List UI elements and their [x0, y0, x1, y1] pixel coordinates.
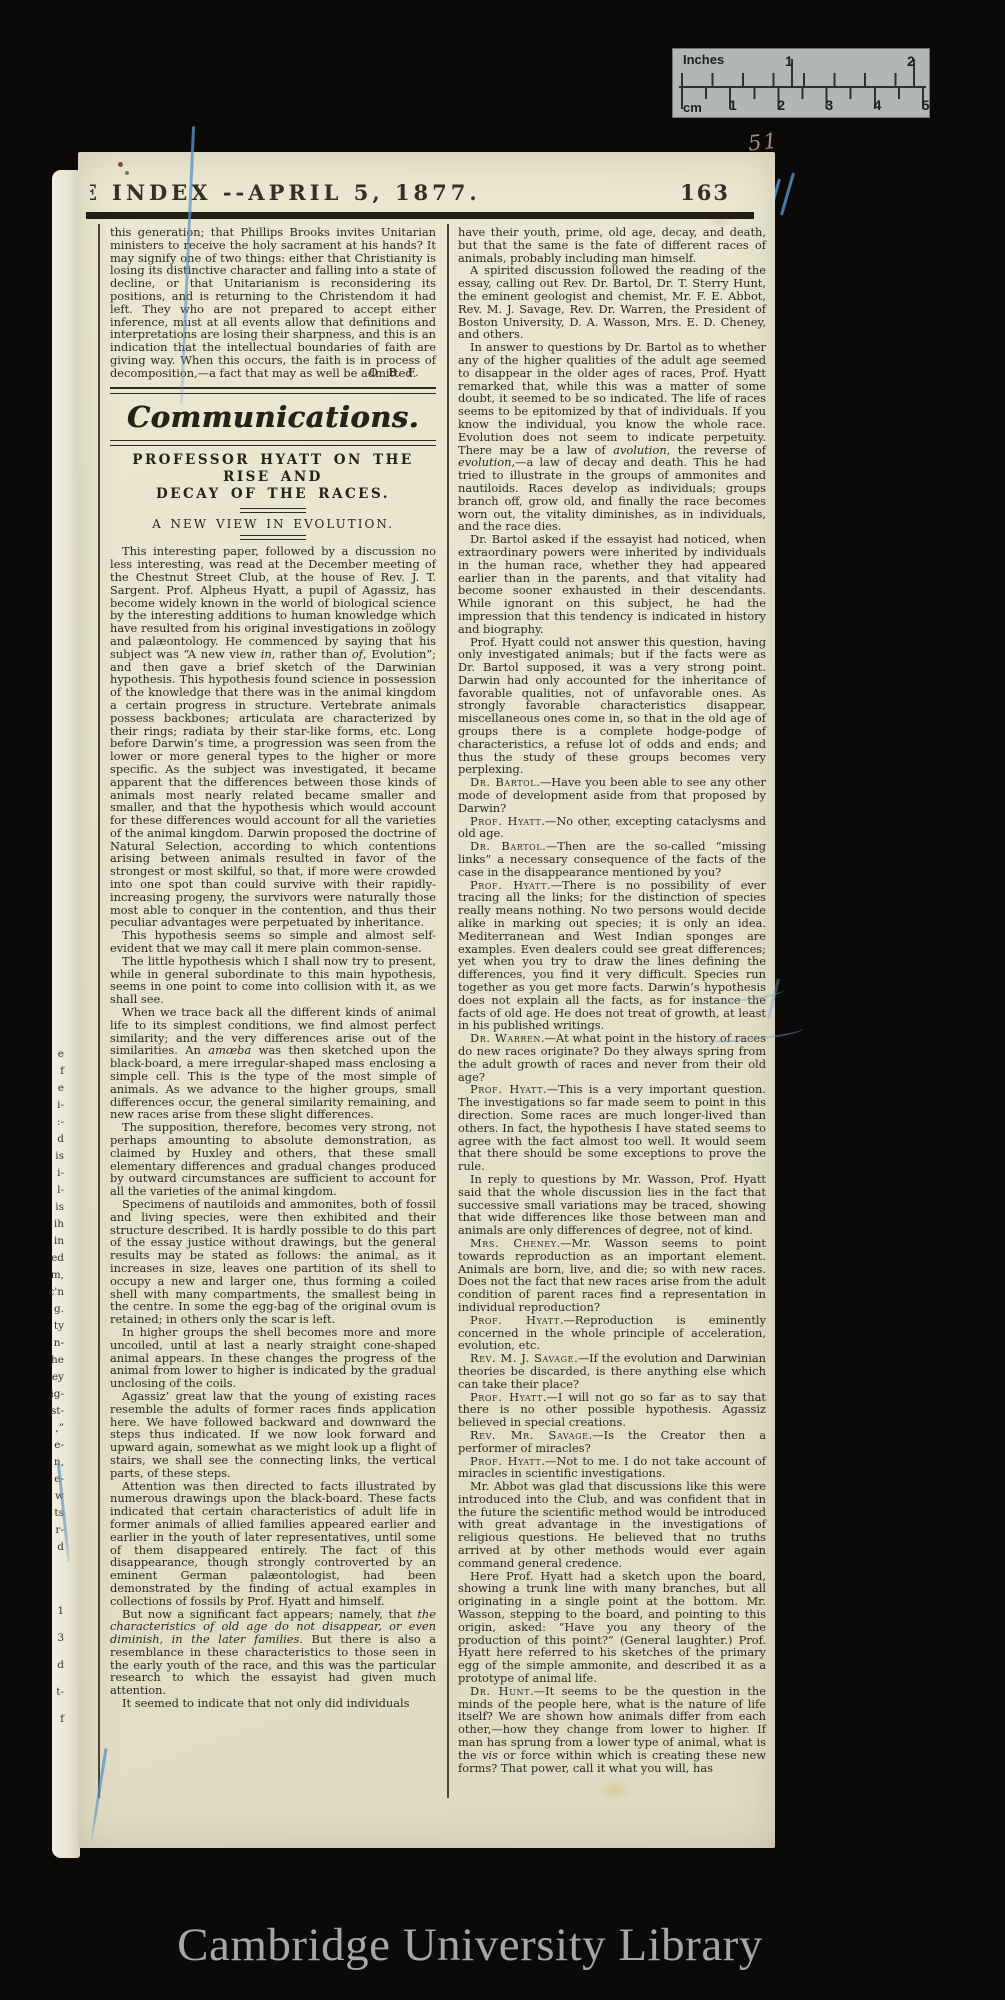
body-paragraph: Prof. Hyatt.—I will not go so far as to …: [458, 1391, 766, 1429]
cut-text-fragment: i-: [42, 1097, 64, 1114]
cut-text-fragment: m,: [42, 1267, 64, 1284]
body-paragraph: Prof. Hyatt could not answer this questi…: [458, 636, 766, 777]
cut-text-fragment: f: [42, 1706, 64, 1733]
cut-text-fragment: ih: [42, 1216, 64, 1233]
left-column: this generation; that Phillips Brooks in…: [110, 226, 436, 1710]
body-paragraph: The little hypothesis which I shall now …: [110, 955, 436, 1006]
article-title-line2: DECAY OF THE RACES.: [110, 486, 436, 503]
cut-text-fragment: c'n: [42, 1284, 64, 1301]
page-number: 163: [680, 180, 730, 205]
body-paragraph: Prof. Hyatt.—This is a very important qu…: [458, 1083, 766, 1173]
cut-text-fragment: ed: [42, 1250, 64, 1267]
newspaper-page: EINDEX --APRIL 5, 1877. 163 this generat…: [78, 152, 775, 1848]
divider-rule: [240, 535, 306, 540]
cut-text-fragment: is: [42, 1148, 64, 1165]
body-paragraph: Agassiz’ great law that the young of exi…: [110, 1390, 436, 1480]
ruler-number: 4: [874, 97, 882, 113]
cut-text-fragment: 1: [42, 1598, 64, 1625]
body-paragraph: Dr. Bartol.—Then are the so-called “miss…: [458, 840, 766, 878]
library-watermark: Cambridge University Library: [120, 1918, 820, 1972]
cut-letter-fragment: E: [90, 180, 100, 205]
paper-stain: [598, 1780, 632, 1800]
cut-text-fragment: he: [42, 1352, 64, 1369]
cut-text-fragment: e: [42, 1046, 64, 1063]
body-paragraph: The supposition, therefore, becomes very…: [110, 1121, 436, 1198]
cut-text-fragment: 3: [42, 1625, 64, 1652]
body-paragraph: Prof. Hyatt.—No other, excepting catacly…: [458, 815, 766, 841]
cut-text-fragment: e: [42, 1080, 64, 1097]
cut-text-fragment: d: [42, 1539, 64, 1556]
scale-ruler: Inches cm 12 12345: [672, 48, 930, 118]
cut-text-fragment: f: [42, 1063, 64, 1080]
section-rule: [110, 387, 436, 394]
body-paragraph: In answer to questions by Dr. Bartol as …: [458, 341, 766, 533]
body-paragraph: have their youth, prime, old age, decay,…: [458, 226, 766, 264]
foxing-spot: [125, 171, 129, 175]
body-paragraph: Here Prof. Hyatt had a sketch upon the b…: [458, 1570, 766, 1685]
body-paragraph: Dr. Hunt.—It seems to be the question in…: [458, 1685, 766, 1775]
section-title: Communications.: [110, 400, 436, 434]
section-rule: [110, 440, 436, 446]
cut-text-fragment: ,”: [42, 1420, 64, 1437]
body-paragraph: In higher groups the shell becomes more …: [110, 1326, 436, 1390]
cut-text-fragment: d: [42, 1652, 64, 1679]
body-paragraph: Specimens of nautiloids and ammonites, b…: [110, 1198, 436, 1326]
body-paragraph: But now a significant fact appears; name…: [110, 1608, 436, 1698]
cut-text-fragment: ey: [42, 1369, 64, 1386]
body-paragraph: In reply to questions by Mr. Wasson, Pro…: [458, 1173, 766, 1237]
divider-rule: [240, 508, 306, 513]
cut-text-fragment: n,: [42, 1454, 64, 1471]
cut-text-fragment: i-: [42, 1165, 64, 1182]
ruler-cm-major-ticks: [681, 88, 925, 109]
cut-text-fragment: t-: [42, 1679, 64, 1706]
body-paragraph: Prof. Hyatt.—There is no possibility of …: [458, 879, 766, 1033]
body-paragraph: Prof. Hyatt.—Not to me. I do not take ac…: [458, 1455, 766, 1481]
body-paragraph: When we trace back all the different kin…: [110, 1006, 436, 1121]
masthead-title: EINDEX --APRIL 5, 1877.: [90, 180, 481, 205]
cut-text-fragment: r-: [42, 1522, 64, 1539]
body-paragraph: Dr. Bartol.—Have you been able to see an…: [458, 776, 766, 814]
body-paragraph: Mrs. Cheney.—Mr. Wasson seems to point t…: [458, 1237, 766, 1314]
body-paragraph: Dr. Bartol asked if the essayist had not…: [458, 533, 766, 635]
left-column-body: This interesting paper, followed by a di…: [110, 545, 436, 1710]
blue-pen-mark: [780, 172, 795, 215]
article-title-line1: PROFESSOR HYATT ON THE RISE AND: [110, 452, 436, 486]
cut-text-fragment: is: [42, 1199, 64, 1216]
cut-text-fragment: n-: [42, 1335, 64, 1352]
cut-text-fragment: e-: [42, 1437, 64, 1454]
article-title: PROFESSOR HYATT ON THE RISE AND DECAY OF…: [110, 452, 436, 503]
body-paragraph: Rev. M. J. Savage.—If the evolution and …: [458, 1352, 766, 1390]
body-paragraph: Prof. Hyatt.—Reproduction is eminently c…: [458, 1314, 766, 1352]
cut-text-fragment: :-: [42, 1114, 64, 1131]
ruler-number: 2: [777, 97, 785, 113]
cut-text-fragments-lower: 13dt-f: [42, 1598, 64, 1733]
ruler-number: 5: [922, 97, 930, 113]
cut-text-fragment: l-: [42, 1182, 64, 1199]
cut-text-fragment: ig-: [42, 1386, 64, 1403]
body-paragraph: Attention was then directed to facts ill…: [110, 1480, 436, 1608]
cut-text-fragment: st-: [42, 1403, 64, 1420]
ruler-number: 2: [907, 53, 915, 69]
cut-text-fragment: ty: [42, 1318, 64, 1335]
foxing-spot: [118, 162, 123, 167]
cut-text-fragment: in: [42, 1233, 64, 1250]
body-paragraph: Mr. Abbot was glad that discussions like…: [458, 1480, 766, 1570]
cut-text-fragment: g.: [42, 1301, 64, 1318]
body-paragraph: This hypothesis seems so simple and almo…: [110, 929, 436, 955]
column-divider-rule: [447, 224, 449, 1798]
column-rule-left: [98, 224, 100, 1798]
body-paragraph: This interesting paper, followed by a di…: [110, 545, 436, 929]
ruler-number: 1: [729, 97, 737, 113]
cut-text-fragment: d: [42, 1131, 64, 1148]
ruler-inch-major-ticks: [681, 59, 925, 86]
ruler-number: 1: [785, 53, 793, 69]
body-paragraph: It seemed to indicate that not only did …: [110, 1697, 436, 1710]
body-paragraph: A spirited discussion followed the readi…: [458, 264, 766, 341]
ruler-number: 3: [825, 97, 833, 113]
body-paragraph: Rev. Mr. Savage.—Is the Creator then a p…: [458, 1429, 766, 1455]
previous-article-tail: this generation; that Phillips Brooks in…: [110, 226, 436, 380]
scanned-document-view: { "colors":{"background":"#0b0a08","pape…: [0, 0, 1005, 2000]
article-subtitle: A NEW VIEW IN EVOLUTION.: [110, 518, 436, 531]
masthead-rule: [86, 212, 754, 219]
